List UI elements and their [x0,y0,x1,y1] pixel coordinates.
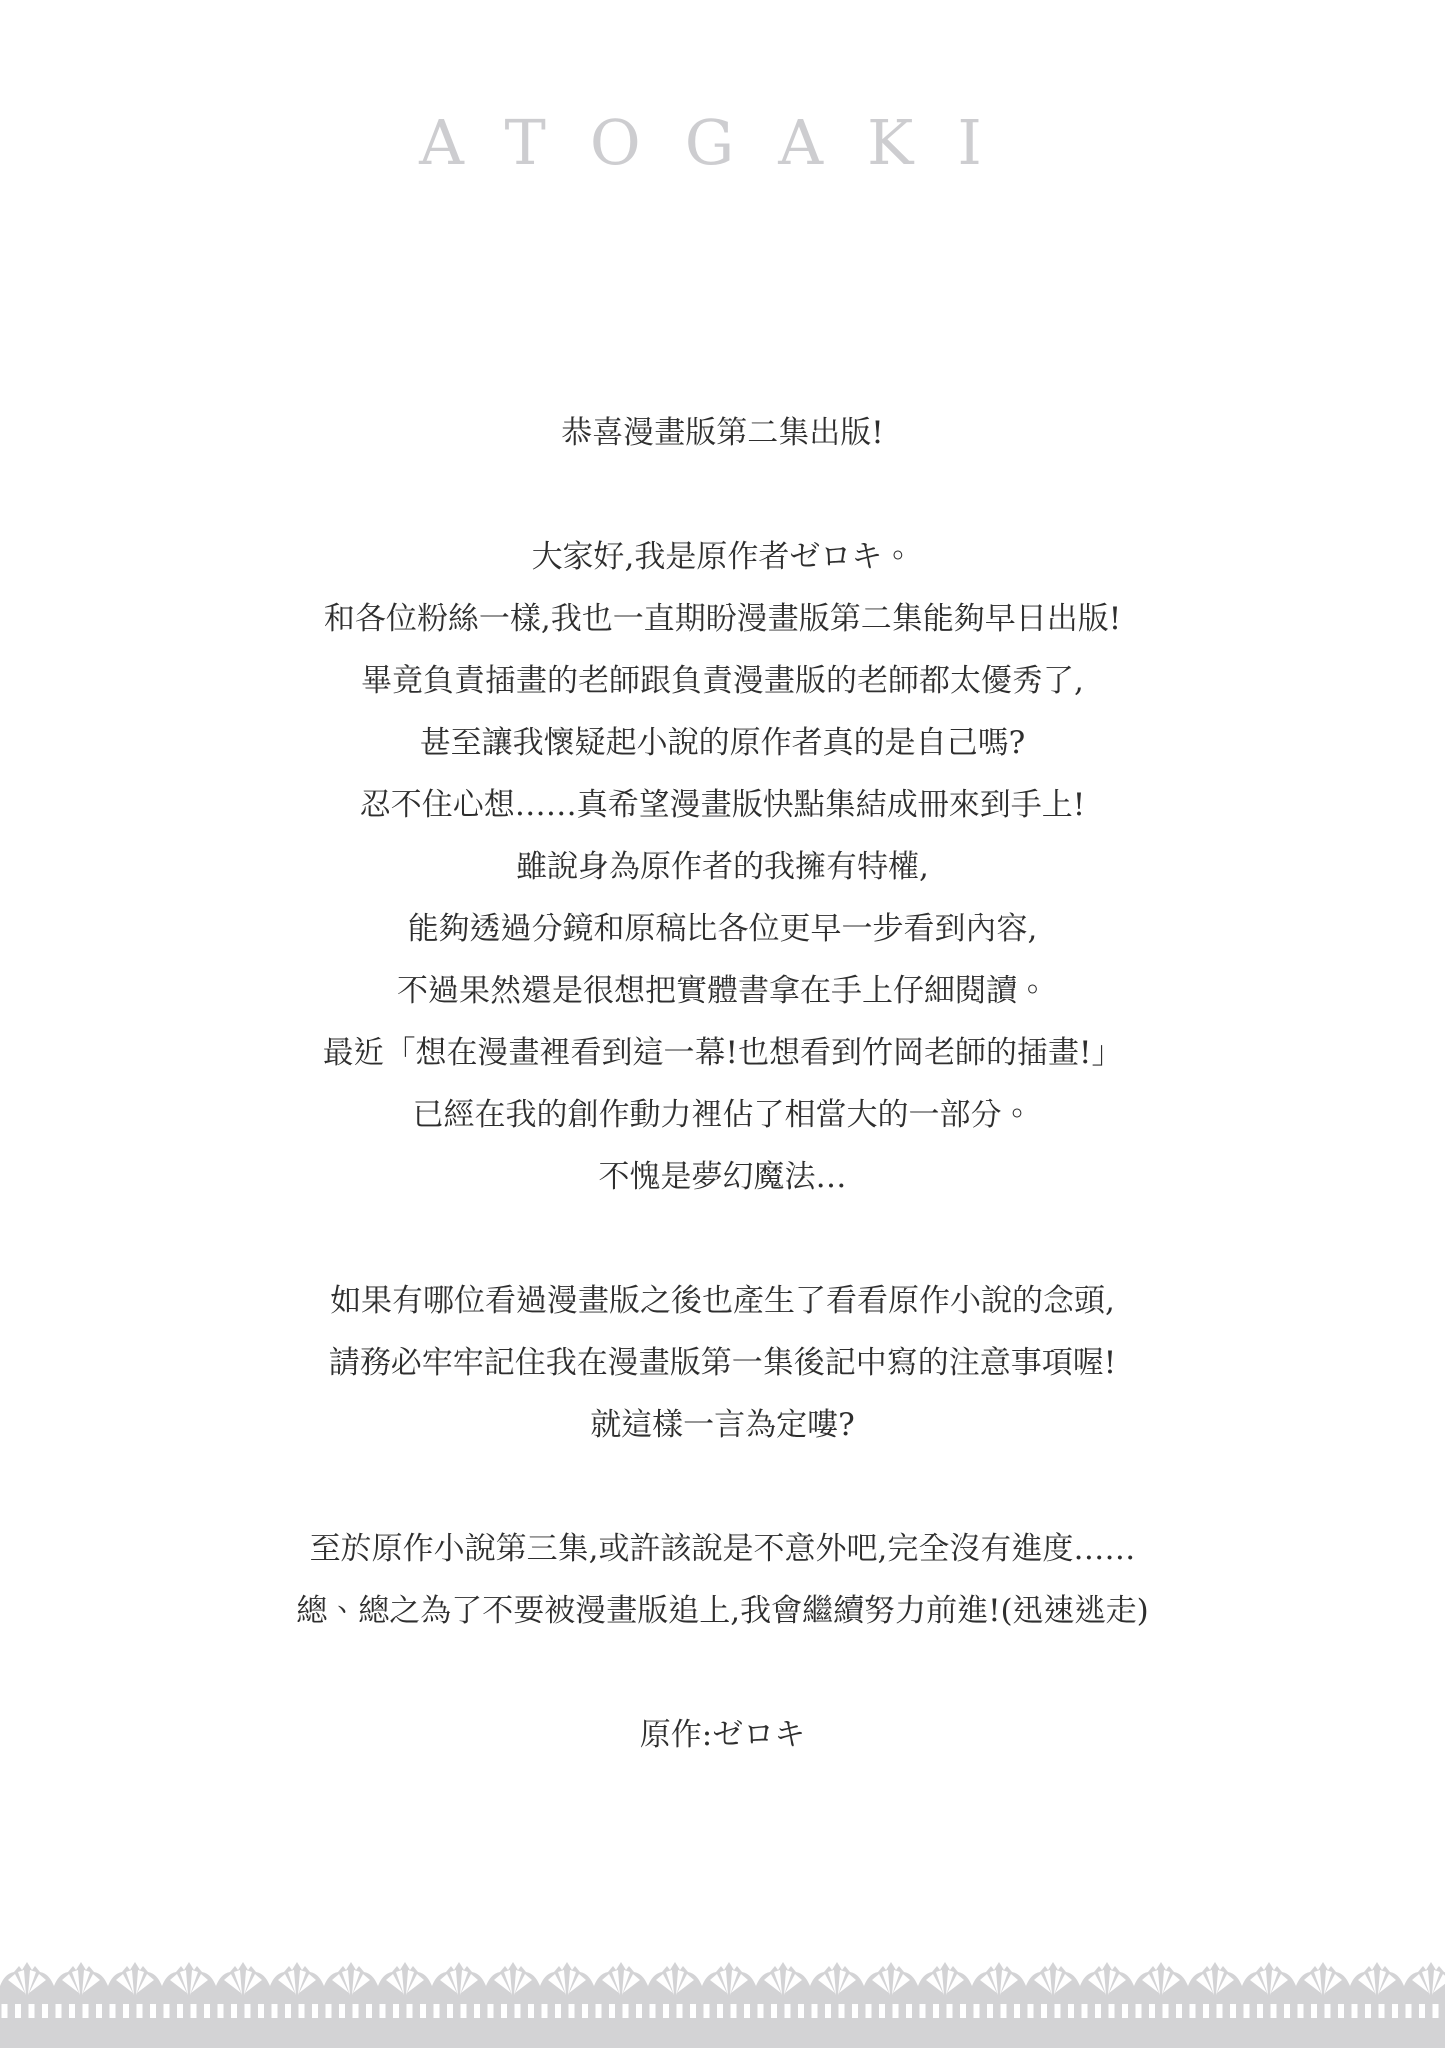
lace-border-graphic [0,1960,1445,2048]
lace-border [0,1960,1445,2048]
text-line: 雖說身為原作者的我擁有特權, [0,836,1445,898]
text-line: 甚至讓我懷疑起小說的原作者真的是自己嗎? [0,712,1445,774]
text-line: 總、總之為了不要被漫畫版追上,我會繼續努力前進!(迅速逃走) [0,1580,1445,1642]
afterword-text: 恭喜漫畫版第二集出版! 大家好,我是原作者ゼロキ。 和各位粉絲一樣,我也一直期盼… [0,402,1445,1766]
text-line: 不愧是夢幻魔法… [0,1146,1445,1208]
text-line: 已經在我的創作動力裡佔了相當大的一部分。 [0,1084,1445,1146]
text-line: 畢竟負責插畫的老師跟負責漫畫版的老師都太優秀了, [0,650,1445,712]
text-line: 就這樣一言為定嘍? [0,1394,1445,1456]
text-line: 如果有哪位看過漫畫版之後也產生了看看原作小說的念頭, [0,1270,1445,1332]
atogaki-heading: ATOGAKI [0,112,1445,174]
author-credit: 原作:ゼロキ [0,1704,1445,1766]
text-line: 忍不住心想……真希望漫畫版快點集結成冊來到手上! [0,774,1445,836]
text-line: 不過果然還是很想把實體書拿在手上仔細閱讀。 [0,960,1445,1022]
book-page: { "colors": { "text": "#2e2e2e", "header… [0,0,1445,2048]
text-line: 和各位粉絲一樣,我也一直期盼漫畫版第二集能夠早日出版! [0,588,1445,650]
text-line: 大家好,我是原作者ゼロキ。 [0,526,1445,588]
credit-line: 原作:ゼロキ [0,1704,1445,1766]
text-line: 能夠透過分鏡和原稿比各位更早一步看到內容, [0,898,1445,960]
paragraph-novel-note: 如果有哪位看過漫畫版之後也產生了看看原作小說的念頭, 請務必牢牢記住我在漫畫版第… [0,1270,1445,1456]
paragraph-main: 大家好,我是原作者ゼロキ。 和各位粉絲一樣,我也一直期盼漫畫版第二集能夠早日出版… [0,526,1445,1208]
paragraph-progress: 至於原作小說第三集,或許該說是不意外吧,完全沒有進度…… 總、總之為了不要被漫畫… [0,1518,1445,1642]
text-line: 至於原作小說第三集,或許該說是不意外吧,完全沒有進度…… [0,1518,1445,1580]
paragraph-congrats: 恭喜漫畫版第二集出版! [0,402,1445,464]
text-line: 恭喜漫畫版第二集出版! [0,402,1445,464]
text-line: 最近「想在漫畫裡看到這一幕!也想看到竹岡老師的插畫!」 [0,1022,1445,1084]
text-line: 請務必牢牢記住我在漫畫版第一集後記中寫的注意事項喔! [0,1332,1445,1394]
